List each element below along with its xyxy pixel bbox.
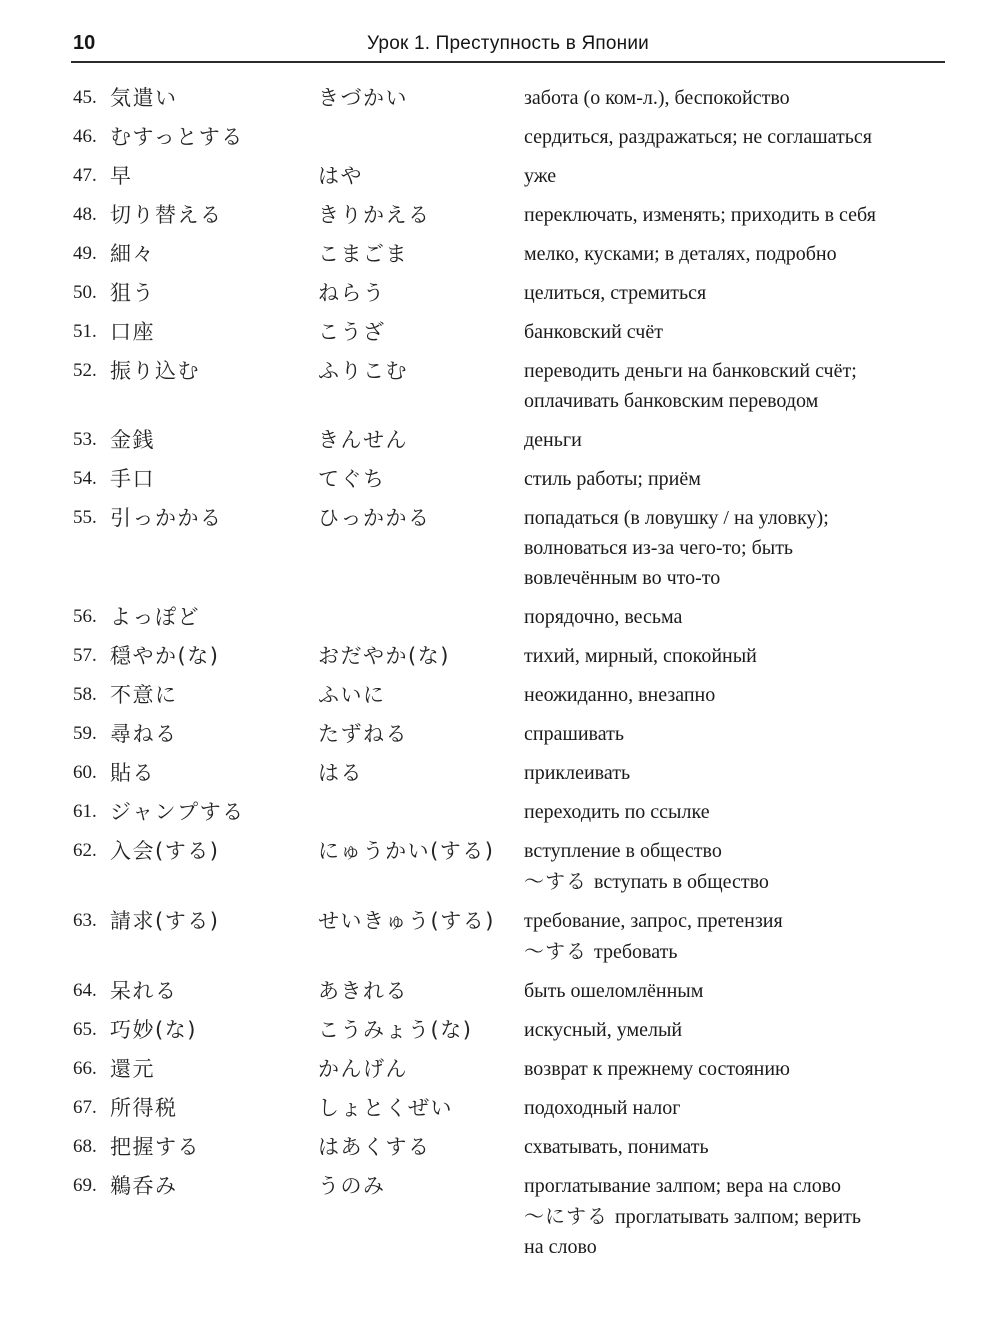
entry-translation-russian: деньги	[524, 425, 950, 455]
vocab-row: 48. 切り替える きりかえる переключать, изменять; п…	[73, 200, 950, 230]
entry-number: 54.	[73, 464, 110, 494]
entry-word-japanese: 巧妙(な)	[110, 1015, 318, 1045]
russian-translation-text: целиться, стремиться	[524, 282, 706, 304]
translation-line: неожиданно, внезапно	[524, 680, 950, 710]
entry-number: 57.	[73, 641, 110, 671]
vocab-row: 69. 鵜呑み うのみ проглатывание залпом; вера н…	[73, 1171, 950, 1262]
vocab-row: 61. ジャンプする переходить по ссылке	[73, 797, 950, 827]
translation-line: ～にするпроглатывать залпом; верить	[524, 1201, 950, 1232]
entry-number: 49.	[73, 239, 110, 269]
entry-number: 48.	[73, 200, 110, 230]
russian-translation-text: попадаться (в ловушку / на уловку);	[524, 507, 829, 529]
vocab-row: 47. 早 はや уже	[73, 161, 950, 191]
translation-line: быть ошеломлённым	[524, 976, 950, 1006]
entry-translation-russian: сердиться, раздражаться; не соглашаться	[524, 122, 950, 152]
entry-number: 50.	[73, 278, 110, 308]
entry-reading-kana: きづかい	[318, 83, 524, 113]
entry-word-japanese: 鵜呑み	[110, 1171, 318, 1201]
entry-number: 47.	[73, 161, 110, 191]
textbook-page: 10 Урок 1. Преступность в Японии 45. 気遣い…	[0, 0, 1000, 1318]
entry-translation-russian: переходить по ссылке	[524, 797, 950, 827]
entry-word-japanese: 狙う	[110, 278, 318, 308]
entry-translation-russian: вступление в общество～するвступать в общес…	[524, 836, 950, 897]
entry-reading-kana: はあくする	[318, 1132, 524, 1162]
translation-line: ～するвступать в общество	[524, 866, 950, 897]
translation-line: целиться, стремиться	[524, 278, 950, 308]
translation-line: возврат к прежнему состоянию	[524, 1054, 950, 1084]
translation-line: переключать, изменять; приходить в себя	[524, 200, 950, 230]
vocab-row: 50. 狙う ねらう целиться, стремиться	[73, 278, 950, 308]
russian-translation-text: приклеивать	[524, 762, 630, 784]
vocab-row: 55. 引っかかる ひっかかる попадаться (в ловушку / …	[73, 503, 950, 593]
russian-translation-text: забота (о ком-л.), беспокойство	[524, 87, 790, 109]
vocab-row: 68. 把握する はあくする схватывать, понимать	[73, 1132, 950, 1162]
translation-line: переходить по ссылке	[524, 797, 950, 827]
entry-number: 53.	[73, 425, 110, 455]
vocab-row: 60. 貼る はる приклеивать	[73, 758, 950, 788]
vocab-row: 54. 手口 てぐち стиль работы; приём	[73, 464, 950, 494]
entry-translation-russian: переключать, изменять; приходить в себя	[524, 200, 950, 230]
vocab-row: 46. むすっとする сердиться, раздражаться; не с…	[73, 122, 950, 152]
entry-translation-russian: порядочно, весьма	[524, 602, 950, 632]
vocab-row: 51. 口座 こうざ банковский счёт	[73, 317, 950, 347]
entry-word-japanese: 還元	[110, 1054, 318, 1084]
russian-translation-text: искусный, умелый	[524, 1019, 682, 1041]
translation-line: волноваться из-за чего-то; быть	[524, 533, 950, 563]
russian-translation-text: неожиданно, внезапно	[524, 684, 715, 706]
russian-translation-text: тихий, мирный, спокойный	[524, 645, 757, 667]
vocab-row: 52. 振り込む ふりこむ переводить деньги на банко…	[73, 356, 950, 416]
japanese-pattern-prefix: ～にする	[524, 1204, 608, 1228]
entry-reading-kana: ねらう	[318, 278, 524, 308]
translation-line: проглатывание залпом; вера на слово	[524, 1171, 950, 1201]
entry-number: 68.	[73, 1132, 110, 1162]
russian-translation-text: оплачивать банковским переводом	[524, 390, 818, 412]
entry-number: 62.	[73, 836, 110, 866]
entry-translation-russian: попадаться (в ловушку / на уловку);волно…	[524, 503, 950, 593]
entry-word-japanese: 細々	[110, 239, 318, 269]
translation-line: спрашивать	[524, 719, 950, 749]
vocab-row: 62. 入会(する) にゅうかい(する) вступление в общест…	[73, 836, 950, 897]
translation-line: стиль работы; приём	[524, 464, 950, 494]
page-header: 10 Урок 1. Преступность в Японии	[73, 31, 943, 59]
russian-translation-text: переходить по ссылке	[524, 801, 710, 823]
lesson-title: Урок 1. Преступность в Японии	[73, 31, 943, 55]
translation-line: вовлечённым во что-то	[524, 563, 950, 593]
translation-line: схватывать, понимать	[524, 1132, 950, 1162]
russian-translation-text: переключать, изменять; приходить в себя	[524, 204, 876, 226]
translation-line: переводить деньги на банковский счёт;	[524, 356, 950, 386]
entry-word-japanese: むすっとする	[110, 122, 318, 152]
russian-translation-text: порядочно, весьма	[524, 606, 682, 628]
russian-translation-text: схватывать, понимать	[524, 1136, 709, 1158]
entry-reading-kana: きりかえる	[318, 200, 524, 230]
entry-word-japanese: 切り替える	[110, 200, 318, 230]
vocab-row: 58. 不意に ふいに неожиданно, внезапно	[73, 680, 950, 710]
entry-reading-kana: せいきゅう(する)	[318, 906, 524, 936]
russian-translation-text: вступать в общество	[594, 871, 769, 893]
entry-translation-russian: подоходный налог	[524, 1093, 950, 1123]
entry-translation-russian: возврат к прежнему состоянию	[524, 1054, 950, 1084]
entry-translation-russian: приклеивать	[524, 758, 950, 788]
entry-reading-kana: うのみ	[318, 1171, 524, 1201]
entry-reading-kana: ふいに	[318, 680, 524, 710]
russian-translation-text: вступление в общество	[524, 840, 722, 862]
entry-number: 61.	[73, 797, 110, 827]
vocab-row: 59. 尋ねる たずねる спрашивать	[73, 719, 950, 749]
entry-reading-kana: たずねる	[318, 719, 524, 749]
vocab-row: 64. 呆れる あきれる быть ошеломлённым	[73, 976, 950, 1006]
entry-translation-russian: неожиданно, внезапно	[524, 680, 950, 710]
translation-line: банковский счёт	[524, 317, 950, 347]
entry-translation-russian: тихий, мирный, спокойный	[524, 641, 950, 671]
entry-number: 46.	[73, 122, 110, 152]
russian-translation-text: банковский счёт	[524, 321, 663, 343]
entry-reading-kana: ひっかかる	[318, 503, 524, 533]
entry-number: 56.	[73, 602, 110, 632]
vocab-row: 49. 細々 こまごま мелко, кусками; в деталях, п…	[73, 239, 950, 269]
entry-number: 64.	[73, 976, 110, 1006]
entry-number: 67.	[73, 1093, 110, 1123]
translation-line: тихий, мирный, спокойный	[524, 641, 950, 671]
translation-line: сердиться, раздражаться; не соглашаться	[524, 122, 950, 152]
translation-line: вступление в общество	[524, 836, 950, 866]
russian-translation-text: вовлечённым во что-то	[524, 567, 720, 589]
vocab-row: 63. 請求(する) せいきゅう(する) требование, запрос,…	[73, 906, 950, 967]
vocab-row: 57. 穏やか(な) おだやか(な) тихий, мирный, спокой…	[73, 641, 950, 671]
translation-line: мелко, кусками; в деталях, подробно	[524, 239, 950, 269]
russian-translation-text: спрашивать	[524, 723, 624, 745]
entry-reading-kana: あきれる	[318, 976, 524, 1006]
entry-translation-russian: банковский счёт	[524, 317, 950, 347]
page-number: 10	[73, 32, 95, 55]
entry-translation-russian: искусный, умелый	[524, 1015, 950, 1045]
entry-reading-kana: かんげん	[318, 1054, 524, 1084]
entry-word-japanese: ジャンプする	[110, 797, 318, 827]
entry-word-japanese: 引っかかる	[110, 503, 318, 533]
russian-translation-text: проглатывание залпом; вера на слово	[524, 1175, 841, 1197]
entry-reading-kana: こうざ	[318, 317, 524, 347]
translation-line: искусный, умелый	[524, 1015, 950, 1045]
vocab-row: 66. 還元 かんげん возврат к прежнему состоянию	[73, 1054, 950, 1084]
entry-translation-russian: проглатывание залпом; вера на слово～にするп…	[524, 1171, 950, 1262]
entry-number: 58.	[73, 680, 110, 710]
entry-number: 51.	[73, 317, 110, 347]
russian-translation-text: требование, запрос, претензия	[524, 910, 783, 932]
entry-number: 69.	[73, 1171, 110, 1201]
translation-line: подоходный налог	[524, 1093, 950, 1123]
entry-number: 45.	[73, 83, 110, 113]
japanese-pattern-prefix: ～する	[524, 939, 587, 963]
russian-translation-text: на слово	[524, 1236, 597, 1258]
russian-translation-text: деньги	[524, 429, 582, 451]
entry-translation-russian: уже	[524, 161, 950, 191]
entry-word-japanese: 金銭	[110, 425, 318, 455]
entry-word-japanese: 気遣い	[110, 83, 318, 113]
translation-line: на слово	[524, 1232, 950, 1262]
entry-number: 60.	[73, 758, 110, 788]
translation-line: приклеивать	[524, 758, 950, 788]
entry-number: 66.	[73, 1054, 110, 1084]
header-divider-rule	[71, 61, 945, 63]
vocab-row: 45. 気遣い きづかい забота (о ком-л.), беспокой…	[73, 83, 950, 113]
entry-word-japanese: 請求(する)	[110, 906, 318, 936]
russian-translation-text: волноваться из-за чего-то; быть	[524, 537, 793, 559]
entry-reading-kana: にゅうかい(する)	[318, 836, 524, 866]
russian-translation-text: мелко, кусками; в деталях, подробно	[524, 243, 837, 265]
translation-line: деньги	[524, 425, 950, 455]
entry-word-japanese: 口座	[110, 317, 318, 347]
entry-reading-kana: きんせん	[318, 425, 524, 455]
entry-word-japanese: 貼る	[110, 758, 318, 788]
entry-translation-russian: мелко, кусками; в деталях, подробно	[524, 239, 950, 269]
entry-translation-russian: целиться, стремиться	[524, 278, 950, 308]
vocab-row: 56. よっぽど порядочно, весьма	[73, 602, 950, 632]
entry-word-japanese: よっぽど	[110, 602, 318, 632]
translation-line: требование, запрос, претензия	[524, 906, 950, 936]
entry-word-japanese: 把握する	[110, 1132, 318, 1162]
vocab-list: 45. 気遣い きづかい забота (о ком-л.), беспокой…	[73, 83, 950, 1271]
entry-reading-kana: おだやか(な)	[318, 641, 524, 671]
entry-translation-russian: стиль работы; приём	[524, 464, 950, 494]
entry-reading-kana: しょとくぜい	[318, 1093, 524, 1123]
entry-word-japanese: 手口	[110, 464, 318, 494]
entry-number: 65.	[73, 1015, 110, 1045]
entry-word-japanese: 尋ねる	[110, 719, 318, 749]
entry-reading-kana: ふりこむ	[318, 356, 524, 386]
entry-reading-kana: こうみょう(な)	[318, 1015, 524, 1045]
entry-reading-kana: はる	[318, 758, 524, 788]
translation-line: порядочно, весьма	[524, 602, 950, 632]
translation-line: забота (о ком-л.), беспокойство	[524, 83, 950, 113]
vocab-row: 65. 巧妙(な) こうみょう(な) искусный, умелый	[73, 1015, 950, 1045]
russian-translation-text: подоходный налог	[524, 1097, 680, 1119]
entry-word-japanese: 振り込む	[110, 356, 318, 386]
entry-number: 59.	[73, 719, 110, 749]
vocab-row: 53. 金銭 きんせん деньги	[73, 425, 950, 455]
entry-reading-kana: はや	[318, 161, 524, 191]
vocab-row: 67. 所得税 しょとくぜい подоходный налог	[73, 1093, 950, 1123]
entry-word-japanese: 不意に	[110, 680, 318, 710]
entry-word-japanese: 穏やか(な)	[110, 641, 318, 671]
entry-word-japanese: 所得税	[110, 1093, 318, 1123]
entry-translation-russian: забота (о ком-л.), беспокойство	[524, 83, 950, 113]
entry-reading-kana: こまごま	[318, 239, 524, 269]
entry-word-japanese: 呆れる	[110, 976, 318, 1006]
japanese-pattern-prefix: ～する	[524, 869, 587, 893]
entry-translation-russian: быть ошеломлённым	[524, 976, 950, 1006]
translation-line: попадаться (в ловушку / на уловку);	[524, 503, 950, 533]
entry-translation-russian: схватывать, понимать	[524, 1132, 950, 1162]
russian-translation-text: переводить деньги на банковский счёт;	[524, 360, 857, 382]
russian-translation-text: требовать	[594, 941, 677, 963]
entry-number: 52.	[73, 356, 110, 386]
entry-translation-russian: спрашивать	[524, 719, 950, 749]
entry-word-japanese: 早	[110, 161, 318, 191]
entry-number: 63.	[73, 906, 110, 936]
russian-translation-text: возврат к прежнему состоянию	[524, 1058, 790, 1080]
entry-word-japanese: 入会(する)	[110, 836, 318, 866]
russian-translation-text: проглатывать залпом; верить	[615, 1206, 861, 1228]
entry-number: 55.	[73, 503, 110, 533]
translation-line: ～するтребовать	[524, 936, 950, 967]
entry-translation-russian: переводить деньги на банковский счёт;опл…	[524, 356, 950, 416]
russian-translation-text: стиль работы; приём	[524, 468, 701, 490]
entry-reading-kana: てぐち	[318, 464, 524, 494]
entry-translation-russian: требование, запрос, претензия～するтребоват…	[524, 906, 950, 967]
russian-translation-text: быть ошеломлённым	[524, 980, 703, 1002]
translation-line: оплачивать банковским переводом	[524, 386, 950, 416]
translation-line: уже	[524, 161, 950, 191]
russian-translation-text: сердиться, раздражаться; не соглашаться	[524, 126, 872, 148]
russian-translation-text: уже	[524, 165, 556, 187]
